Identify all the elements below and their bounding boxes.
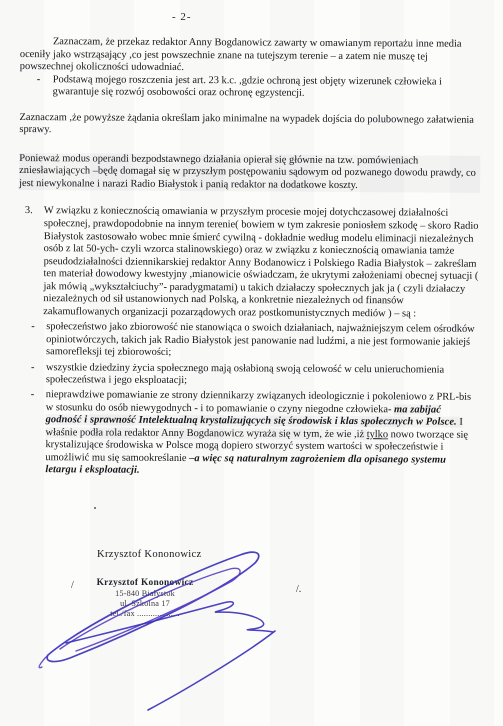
paragraph-minimal-demands: Zaznaczam ,że powyższe żądania określam … [19, 112, 480, 140]
ink-stroke-tail [148, 631, 275, 710]
page-number: - 2- [172, 11, 192, 23]
scanned-letter-page: - 2- Zaznaczam, że przekaz redaktor Anny… [0, 0, 503, 726]
left-slash-mark: / [71, 580, 74, 591]
bullet-dash: - [37, 74, 41, 87]
sub-bullet-society-text: społeczeństwo jako zbiorowość nie stanow… [46, 322, 479, 362]
bullet-dash: - [31, 389, 35, 402]
stamp-name: Krzysztof Kononowicz [84, 578, 206, 588]
stamp-telfax: tel./fax ................... [84, 609, 206, 619]
sub-bullet-defamation: - nieprawdziwe pomawianie ze strony dzie… [17, 389, 479, 480]
item-3-number: 3. [25, 206, 33, 219]
stamp-postal-city: 15-840 Białystok [84, 589, 206, 599]
bullet-dash: - [31, 321, 35, 334]
sub-bullet-defamation-text: nieprawdziwe pomawianie ze strony dzienn… [45, 389, 479, 479]
numbered-item-3: 3. W związku z koniecznością omawiania w… [18, 205, 480, 321]
paragraph-report-assessment: Zaznaczam, że przekaz redaktor Anny Bogd… [20, 36, 481, 76]
claim-basis-bullet: - Podstawą mojego roszczenia jest art. 2… [20, 74, 481, 102]
item-3-text: W związku z koniecznością omawiania w pr… [43, 206, 480, 322]
stamp-street: ul. Szkolna 17 [84, 599, 206, 609]
letter-body: Zaznaczam, że przekaz redaktor Anny Bogd… [17, 36, 481, 480]
sub-bullet-social-life-text: wszystkie dziedziny życia społecznego ma… [46, 362, 479, 390]
right-slash-mark: /. [296, 584, 301, 595]
signature-block: Krzysztof Kononowicz / Krzysztof Kononow… [0, 540, 503, 726]
typed-signatory-name: Krzysztof Kononowicz [97, 549, 202, 560]
defamation-underlined-word: tylko [367, 429, 388, 440]
scan-speck-artifact [94, 507, 96, 509]
claim-basis-text: Podstawą mojego roszczenia jest art. 23 … [53, 74, 481, 102]
sub-bullet-society: - społeczeństwo jako zbiorowość nie stan… [18, 321, 479, 361]
ink-stroke-left-cusp [39, 655, 48, 668]
paragraph-modus-operandi: Ponieważ modus operandi bezpodstawnego d… [19, 153, 480, 193]
address-stamp: Krzysztof Kononowicz 15-840 Białystok ul… [84, 578, 206, 618]
sub-bullet-social-life: - wszystkie dziedziny życia społecznego … [18, 362, 479, 390]
handwritten-signature-ink [8, 543, 286, 721]
bullet-dash: - [31, 362, 35, 375]
